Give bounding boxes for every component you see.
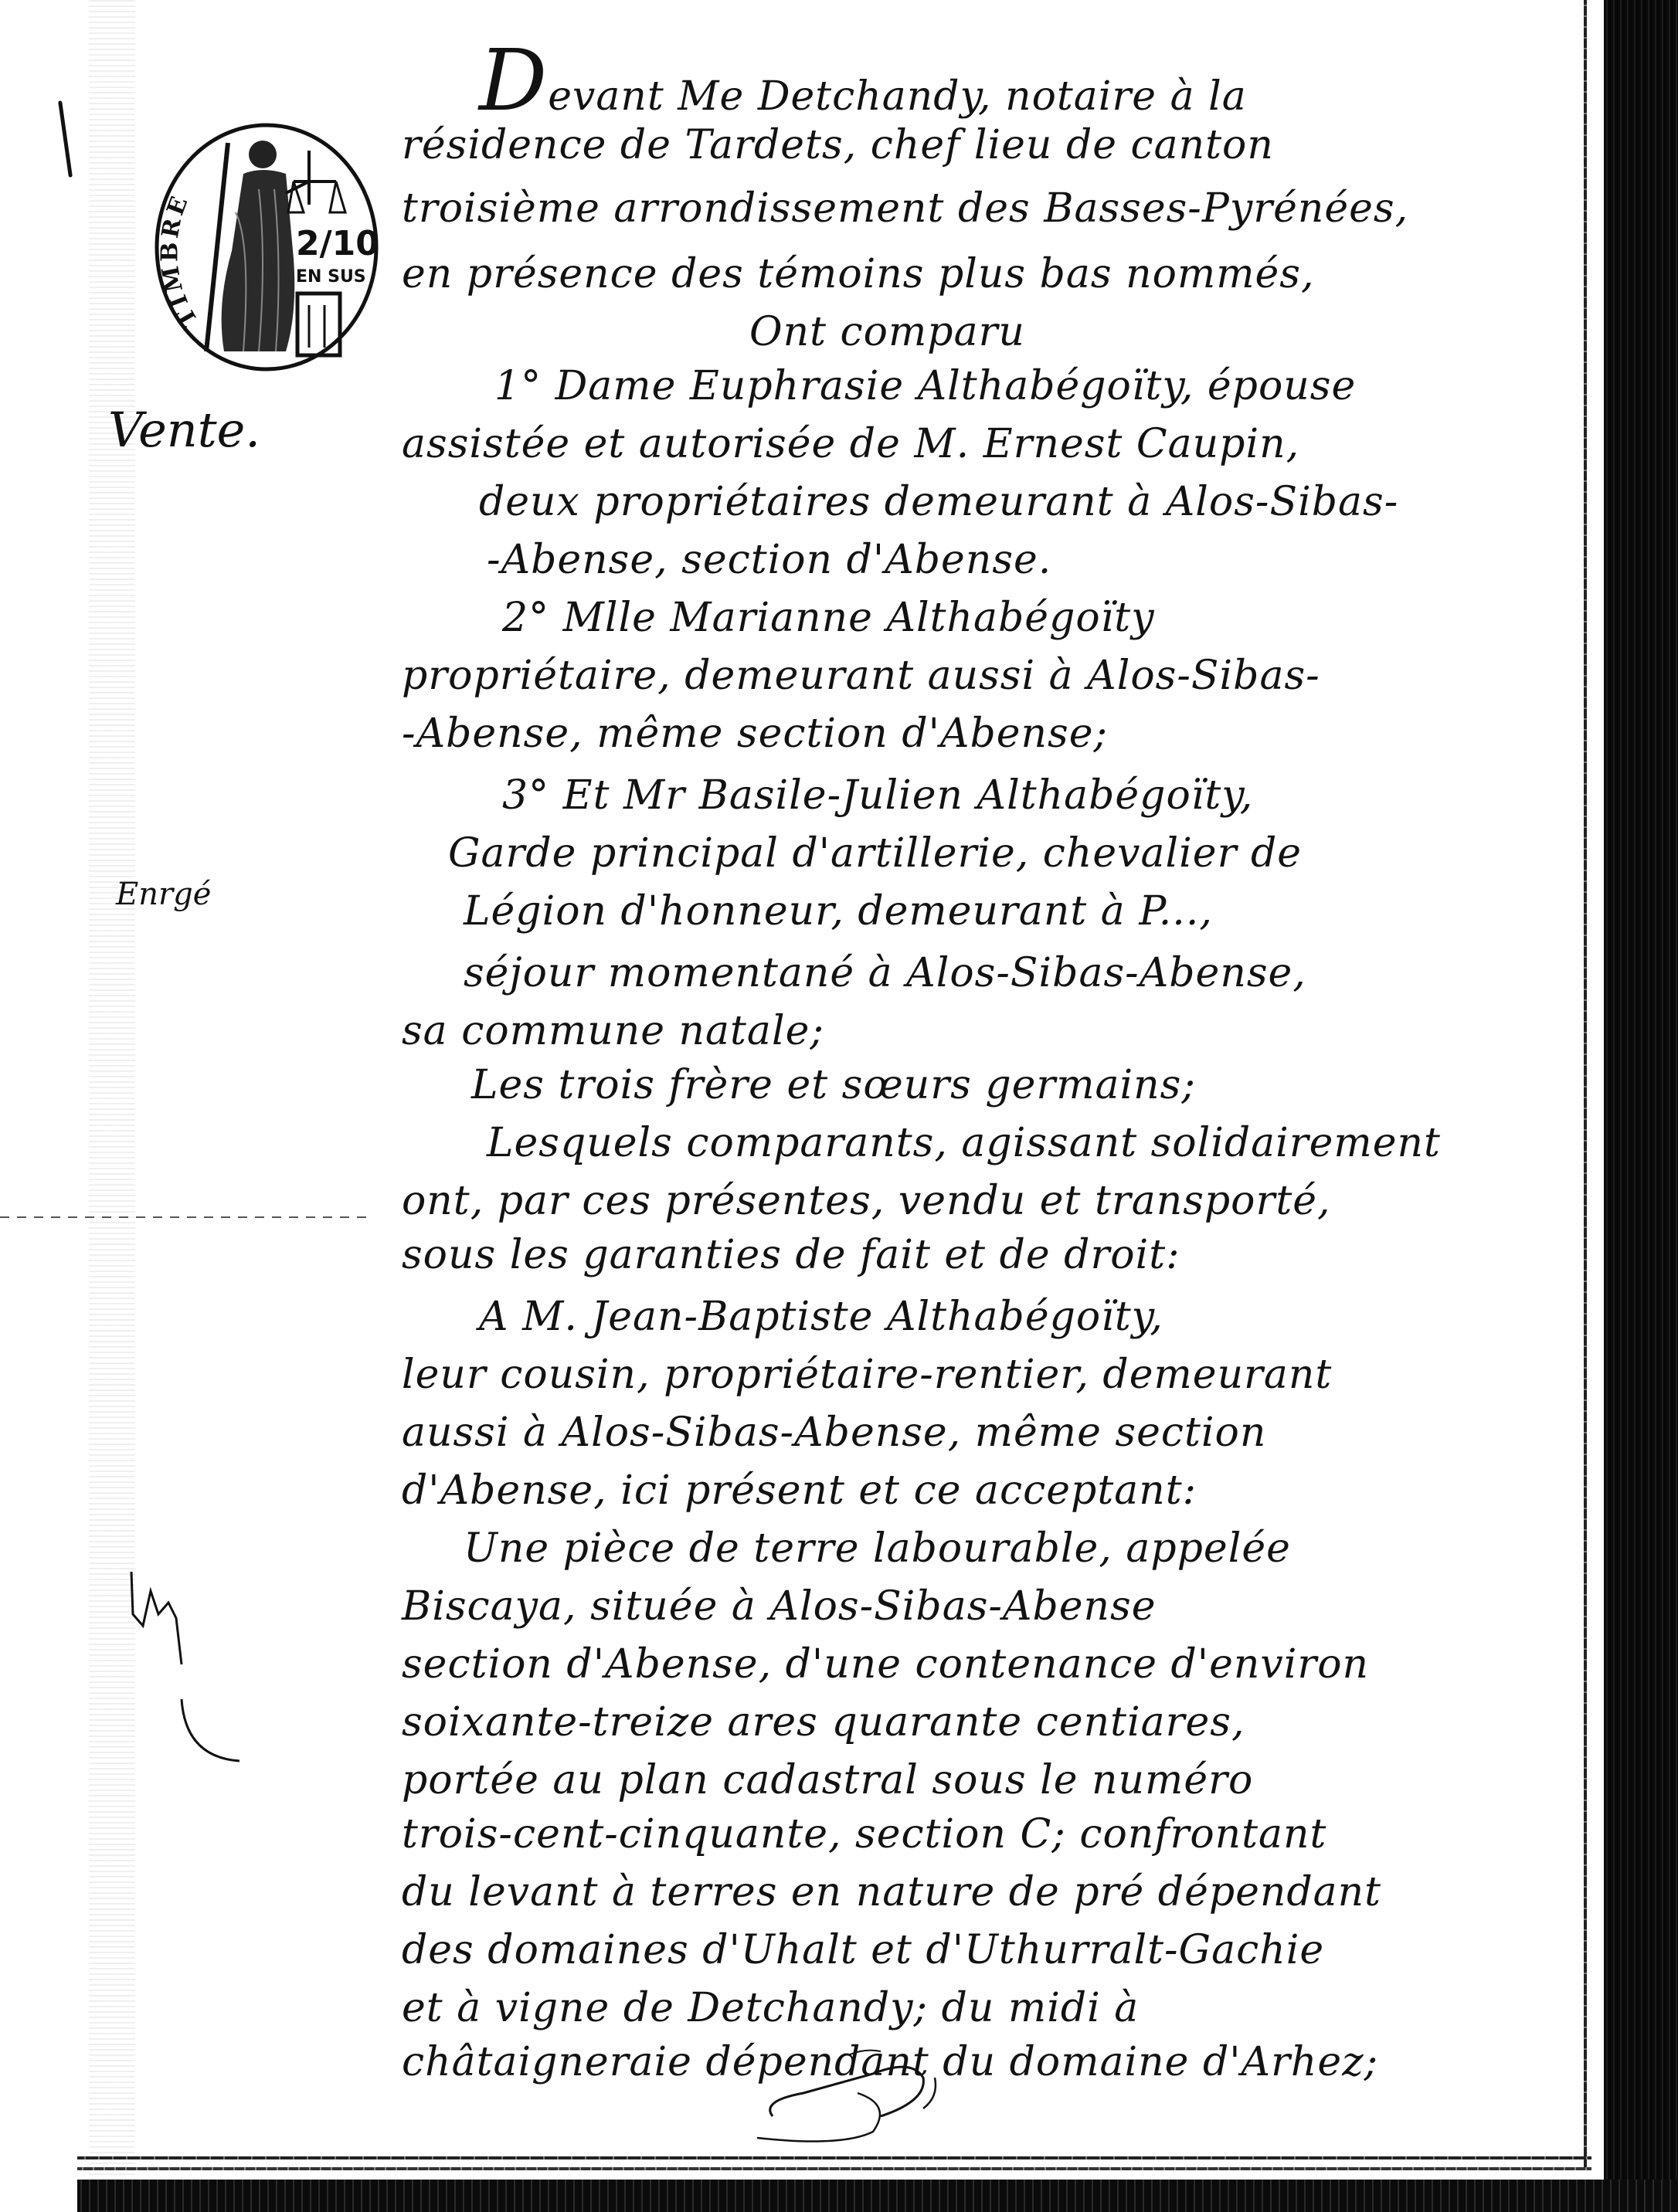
deed-line: séjour momentané à Alos-Sibas-Abense,	[464, 950, 1306, 996]
deed-line: Une pièce de terre labourable, appelée	[464, 1525, 1291, 1572]
deed-line: -Abense, section d'Abense.	[487, 537, 1051, 583]
stamp-rate: 2/10	[296, 224, 379, 263]
deed-line: trois-cent-cinquante, section C; confron…	[402, 1811, 1326, 1857]
deed-line: ont, par ces présentes, vendu et transpo…	[402, 1178, 1331, 1224]
deed-line: 1° Dame Euphrasie Althabégoïty, épouse	[494, 363, 1356, 409]
deed-line: Lesquels comparants, agissant solidairem…	[487, 1120, 1441, 1166]
deed-line: et à vigne de Detchandy; du midi à	[402, 1985, 1139, 2031]
timbre-stamp: TIMBRE 2/10 EN SUS	[151, 120, 382, 375]
deed-line: propriétaire, demeurant aussi à Alos-Sib…	[402, 653, 1320, 699]
document-page: TIMBRE 2/10 EN SUS Vente. Enrgé D	[0, 0, 1678, 2212]
deed-line: leur cousin, propriétaire-rentier, demeu…	[402, 1352, 1332, 1398]
deed-line: sous les garanties de fait et de droit:	[402, 1232, 1180, 1278]
paraph-flourish-icon	[757, 2047, 958, 2147]
deed-line: Légion d'honneur, demeurant à P...,	[464, 888, 1213, 935]
deed-line: Les trois frère et sœurs germains;	[471, 1062, 1196, 1108]
deed-line: des domaines d'Uhalt et d'Uthurralt-Gach…	[402, 1927, 1324, 1973]
deed-line: sa commune natale;	[402, 1008, 824, 1054]
deed-line: résidence de Tardets, chef lieu de canto…	[402, 122, 1274, 168]
margin-dashed-rule	[0, 1216, 371, 1218]
scan-left-shadow	[89, 0, 135, 2212]
deed-line: deux propriétaires demeurant à Alos-Siba…	[479, 479, 1398, 525]
justice-stamp-icon: TIMBRE 2/10 EN SUS	[151, 120, 382, 375]
scan-bottom-dark-edge	[77, 2180, 1678, 2212]
deed-line: Biscaya, située à Alos-Sibas-Abense	[402, 1583, 1157, 1630]
deed-line: aussi à Alos-Sibas-Abense, même section	[402, 1410, 1266, 1456]
deed-line: section d'Abense, d'une contenance d'env…	[402, 1641, 1369, 1688]
deed-line: Devant Me Detchandy, notaire à la	[479, 31, 1247, 130]
deed-line: 2° Mlle Marianne Althabégoïty	[502, 595, 1155, 641]
scan-right-dark-edge	[1604, 0, 1678, 2212]
deed-line: troisième arrondissement des Basses-Pyré…	[402, 185, 1408, 232]
deed-line: d'Abense, ici présent et ce acceptant:	[402, 1467, 1197, 1514]
page-bottom-border-line-inner	[77, 2167, 1591, 2170]
stamp-suffix: EN SUS	[296, 267, 366, 287]
deed-line: 3° Et Mr Basile-Julien Althabégoïty,	[502, 772, 1253, 819]
margin-note-vente: Vente.	[108, 402, 260, 458]
deed-line: A M. Jean-Baptiste Althabégoïty,	[479, 1294, 1163, 1340]
deed-line: soixante-treize ares quarante centiares,	[402, 1699, 1245, 1746]
deed-line: du levant à terres en nature de pré dépe…	[402, 1869, 1381, 1915]
page-right-border-line	[1584, 0, 1587, 2170]
deed-line: assistée et autorisée de M. Ernest Caupi…	[402, 421, 1299, 467]
deed-line: Ont comparu	[749, 309, 1025, 355]
margin-note-enregistre: Enrgé	[116, 877, 211, 912]
deed-line: Garde principal d'artillerie, chevalier …	[448, 830, 1302, 877]
margin-tick-mark	[58, 100, 73, 178]
page-bottom-border-line	[77, 2156, 1591, 2159]
margin-initials-flourish-icon	[85, 1556, 255, 1780]
deed-line: en présence des témoins plus bas nommés,	[402, 251, 1315, 297]
deed-line: portée au plan cadastral sous le numéro	[402, 1757, 1253, 1803]
deed-line: -Abense, même section d'Abense;	[402, 711, 1108, 757]
